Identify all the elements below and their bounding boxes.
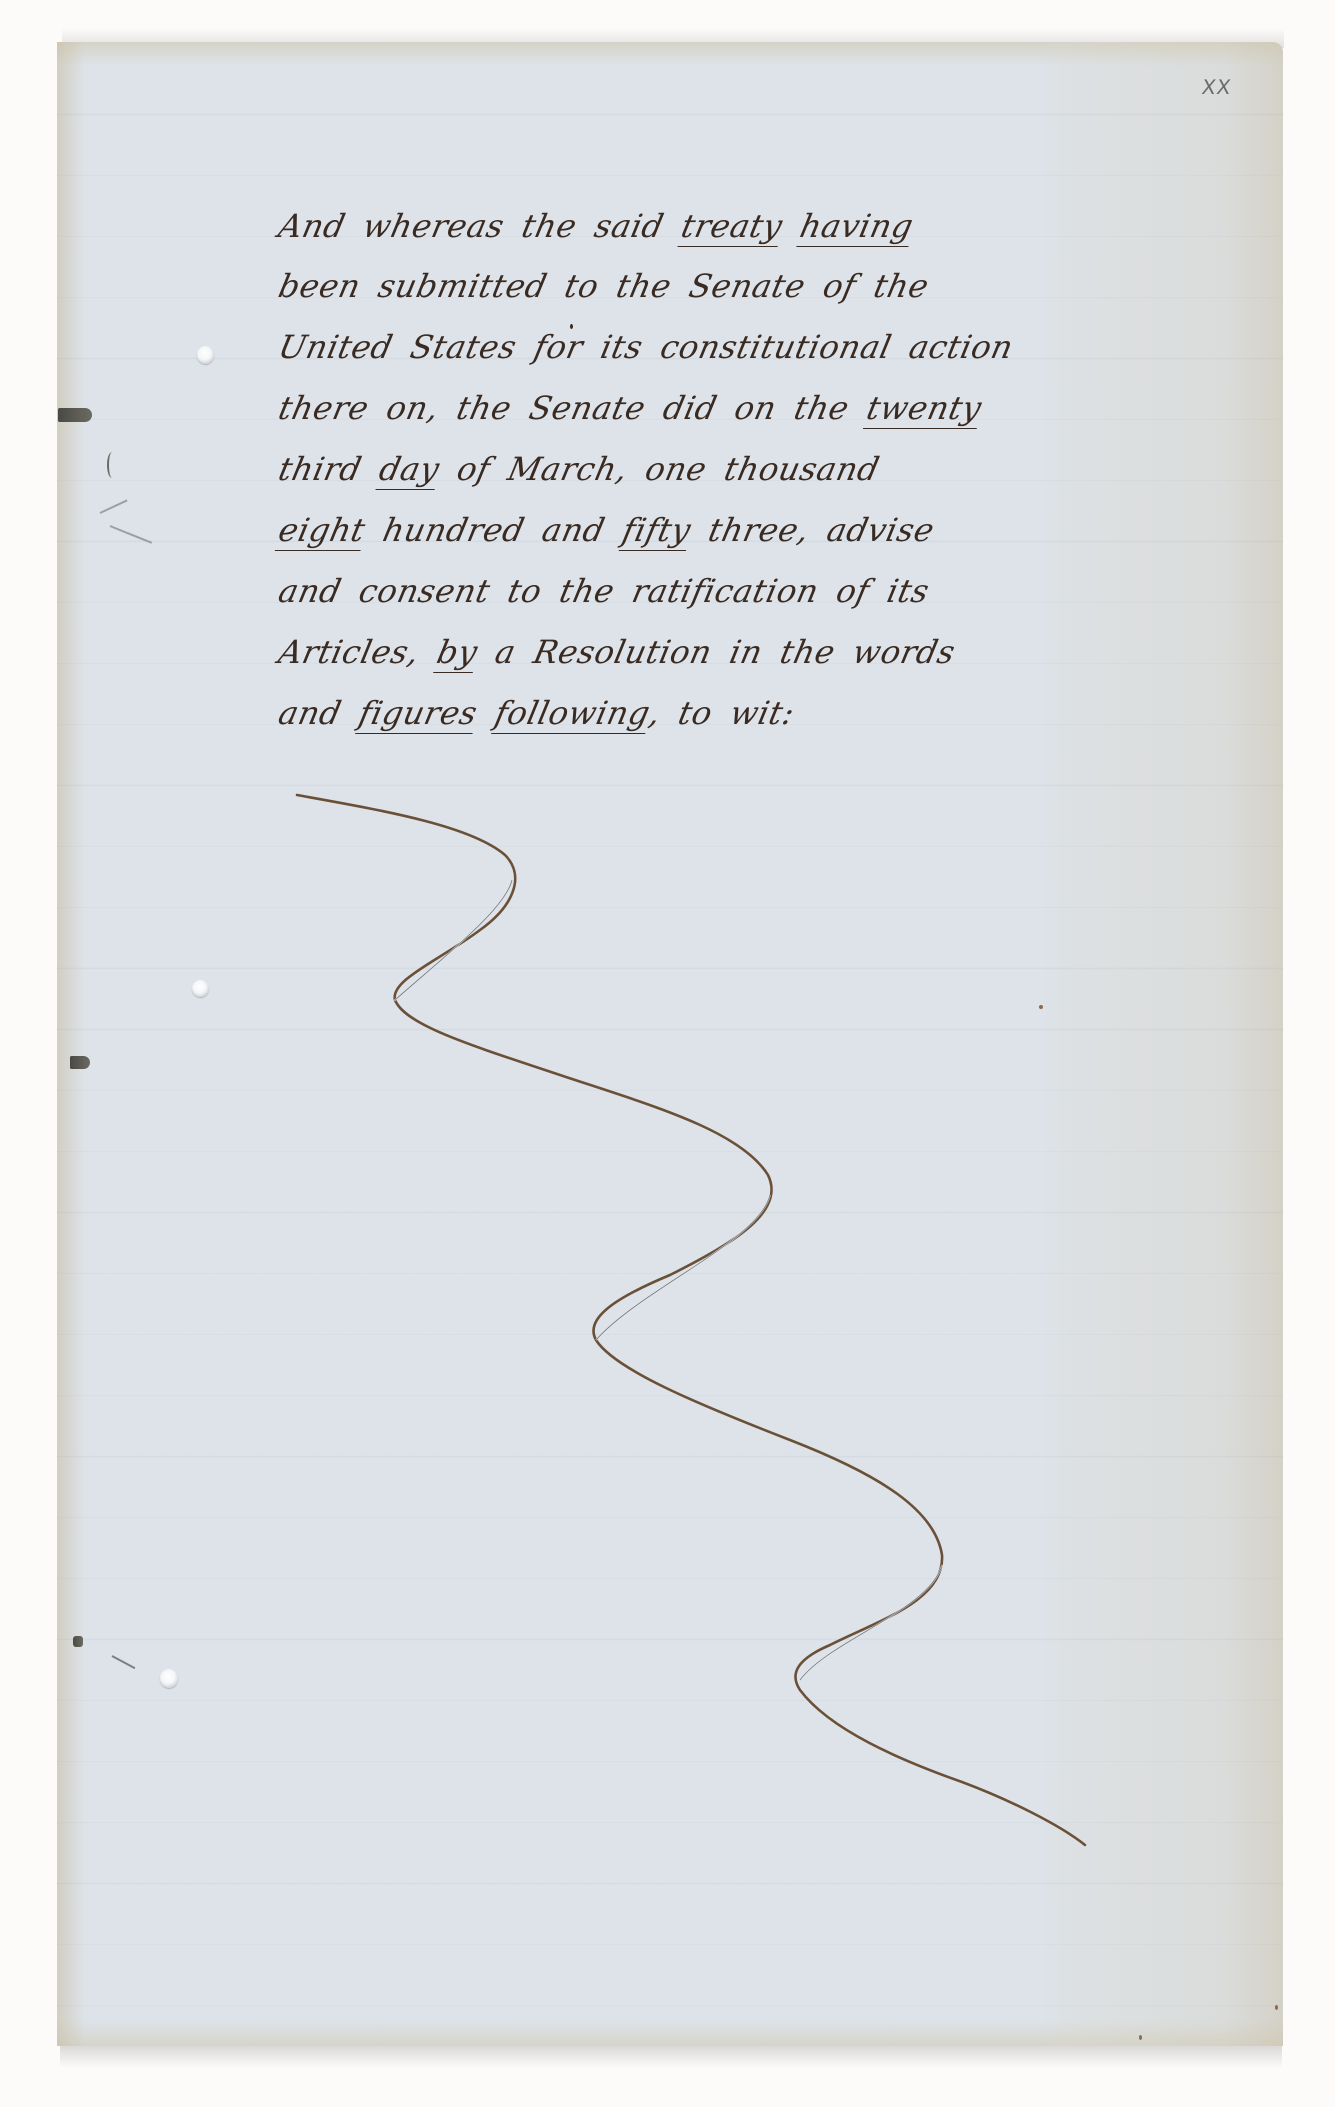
underlined-word: twenty xyxy=(863,389,985,427)
punch-hole-icon xyxy=(192,980,209,997)
manuscript-page: XX And whereas the said treaty having be… xyxy=(57,42,1283,2046)
underlined-word: fifty xyxy=(619,511,694,549)
binding-slot-icon xyxy=(58,408,92,422)
punch-hole-icon xyxy=(160,1669,178,1688)
punch-hole-icon xyxy=(197,346,214,364)
small-tear-mark-icon xyxy=(73,1636,83,1647)
text-segment: a Resolution in the words xyxy=(473,633,959,671)
text-segment: hundred and xyxy=(361,511,627,549)
stain-speck xyxy=(1139,2035,1142,2040)
text-segment: United States for its constitutional act… xyxy=(275,328,1017,366)
text-line-4: there on, the Senate did on the twenty xyxy=(275,388,985,428)
text-line-2: been submitted to the Senate of the xyxy=(275,266,933,306)
text-segment: three, advise xyxy=(686,511,937,549)
corner-pencil-mark: XX xyxy=(1200,75,1233,99)
text-segment: and xyxy=(275,694,363,732)
underlined-word: eight xyxy=(275,511,369,549)
underlined-word: figures xyxy=(356,694,481,732)
underlined-word: day xyxy=(376,450,443,488)
text-segment: been submitted to the Senate of the xyxy=(275,267,932,305)
underlined-word: having xyxy=(797,207,917,245)
text-segment: there on, the Senate did on the xyxy=(275,389,871,427)
underlined-word: following xyxy=(492,694,654,732)
text-segment: third xyxy=(275,450,384,488)
text-line-6: eight hundred and fifty three, advise xyxy=(275,510,938,550)
ink-speck xyxy=(1039,1005,1043,1009)
binding-slot-icon xyxy=(70,1056,90,1069)
text-line-3: United States for its constitutional act… xyxy=(275,327,1017,367)
text-line-8: Articles, by a Resolution in the words xyxy=(275,632,959,672)
text-line-7: and consent to the ratification of its xyxy=(275,571,933,611)
text-segment: of March, one thousand xyxy=(435,450,883,488)
text-segment: Articles, xyxy=(275,633,441,671)
underlined-word: treaty xyxy=(678,207,786,245)
paper-tear-icon xyxy=(107,452,117,478)
text-line-5: third day of March, one thousand xyxy=(275,449,883,489)
text-segment: and consent to the ratification of its xyxy=(275,572,933,610)
text-segment: , to wit: xyxy=(646,694,798,732)
ink-dot xyxy=(570,324,573,329)
text-segment: And whereas the said xyxy=(275,207,686,245)
page-bottom-shadow xyxy=(60,2046,1282,2068)
text-line-1: And whereas the said treaty having xyxy=(275,206,917,246)
stain-speck xyxy=(1275,2005,1278,2010)
text-line-9: and figures following, to wit: xyxy=(275,693,798,733)
